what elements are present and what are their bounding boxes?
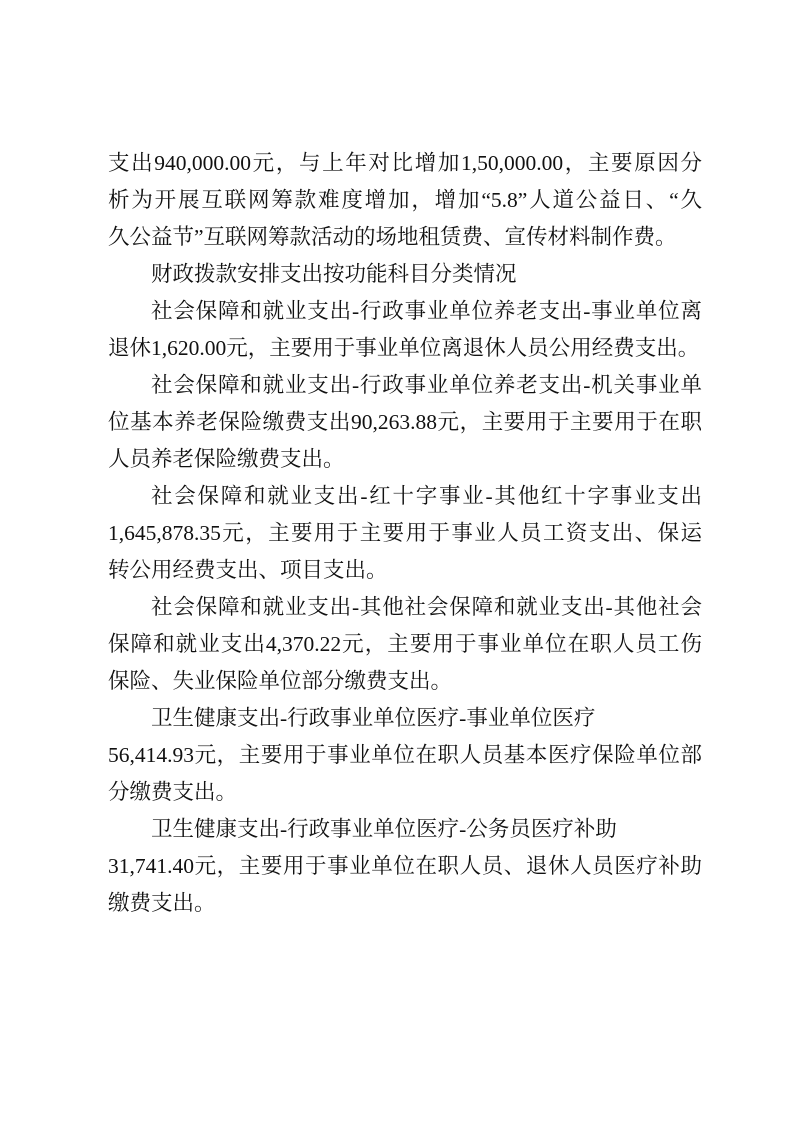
text-line: 析为开展互联网筹款难度增加，增加“5.8”人道公益日、“久	[108, 182, 702, 219]
text-line: 财政拨款安排支出按功能科目分类情况	[108, 256, 702, 293]
text-line: 卫生健康支出-行政事业单位医疗-公务员医疗补助	[108, 811, 702, 848]
text-line: 卫生健康支出-行政事业单位医疗-事业单位医疗	[108, 700, 702, 737]
text-line: 31,741.40元，主要用于事业单位在职人员、退休人员医疗补助	[108, 848, 702, 885]
text-line: 保障和就业支出4,370.22元，主要用于事业单位在职人员工伤	[108, 626, 702, 663]
paragraph: 社会保障和就业支出-行政事业单位养老支出-机关事业单位基本养老保险缴费支出90,…	[108, 367, 702, 478]
text-line: 56,414.93元，主要用于事业单位在职人员基本医疗保险单位部	[108, 737, 702, 774]
text-line: 支出940,000.00元，与上年对比增加1,50,000.00，主要原因分	[108, 145, 702, 182]
text-line: 保险、失业保险单位部分缴费支出。	[108, 663, 702, 700]
paragraph: 社会保障和就业支出-其他社会保障和就业支出-其他社会保障和就业支出4,370.2…	[108, 589, 702, 700]
document-page: 支出940,000.00元，与上年对比增加1,50,000.00，主要原因分析为…	[0, 0, 793, 1122]
paragraph: 卫生健康支出-行政事业单位医疗-公务员医疗补助31,741.40元，主要用于事业…	[108, 811, 702, 922]
text-line: 社会保障和就业支出-其他社会保障和就业支出-其他社会	[108, 589, 702, 626]
text-line: 社会保障和就业支出-红十字事业-其他红十字事业支出	[108, 478, 702, 515]
text-line: 社会保障和就业支出-行政事业单位养老支出-机关事业单	[108, 367, 702, 404]
text-line: 退休1,620.00元，主要用于事业单位离退休人员公用经费支出。	[108, 330, 702, 367]
paragraph: 财政拨款安排支出按功能科目分类情况	[108, 256, 702, 293]
text-line: 缴费支出。	[108, 885, 702, 922]
text-line: 人员养老保险缴费支出。	[108, 441, 702, 478]
paragraph: 社会保障和就业支出-红十字事业-其他红十字事业支出1,645,878.35元，主…	[108, 478, 702, 589]
text-line: 1,645,878.35元，主要用于主要用于事业人员工资支出、保运	[108, 515, 702, 552]
paragraph: 支出940,000.00元，与上年对比增加1,50,000.00，主要原因分析为…	[108, 145, 702, 256]
paragraph: 卫生健康支出-行政事业单位医疗-事业单位医疗56,414.93元，主要用于事业单…	[108, 700, 702, 811]
text-line: 分缴费支出。	[108, 774, 702, 811]
text-line: 位基本养老保险缴费支出90,263.88元，主要用于主要用于在职	[108, 404, 702, 441]
text-line: 转公用经费支出、项目支出。	[108, 552, 702, 589]
text-line: 久公益节”互联网筹款活动的场地租赁费、宣传材料制作费。	[108, 219, 702, 256]
paragraph: 社会保障和就业支出-行政事业单位养老支出-事业单位离退休1,620.00元，主要…	[108, 293, 702, 367]
text-line: 社会保障和就业支出-行政事业单位养老支出-事业单位离	[108, 293, 702, 330]
document-body: 支出940,000.00元，与上年对比增加1,50,000.00，主要原因分析为…	[108, 145, 702, 922]
